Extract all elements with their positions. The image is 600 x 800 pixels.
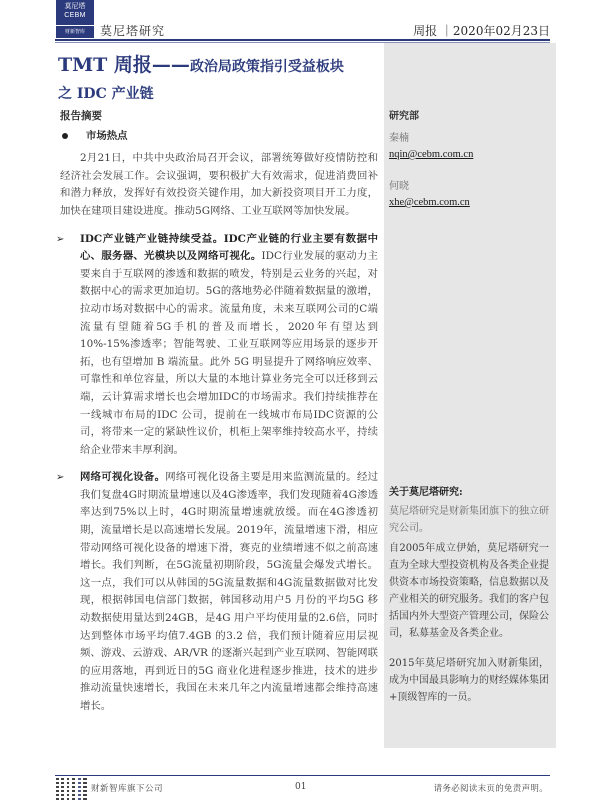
footer-company-text: 财新智库旗下公司 <box>91 782 163 794</box>
analyst-email-link[interactable]: nqin@cebm.com.cn <box>389 146 549 163</box>
footer-disclaimer: 请务必阅读末页的免责声明。 <box>434 782 548 794</box>
report-type-date: 周报 ｜2020年02月23日 <box>413 22 550 39</box>
sidebar-department: 研究部 <box>389 108 549 125</box>
brand-name: 莫尼塔研究 <box>100 22 165 39</box>
list-item-lead: 网络可视化设备。 <box>80 471 165 483</box>
list-item-body: 网络可视化设备主要是用来监测流量的。经过我们复盘4G时期流量增速以及4G渗透率，… <box>80 471 378 712</box>
intro-paragraph: 2月21日，中共中央政治局召开会议，部署统筹做好疫情防控和经济社会发展工作。会议… <box>60 150 378 220</box>
main-content: 报告摘要 市场热点 2月21日，中共中央政治局召开会议，部署统筹做好疫情防控和经… <box>60 108 378 726</box>
report-title-line2: 之 IDC 产业链 <box>58 83 154 103</box>
arrow-bullet-icon: ➢ <box>56 231 64 249</box>
about-paragraph: 自2005年成立伊始，莫尼塔研究一直为全球大型投资机构及各类企业提供资本市场投资… <box>389 540 549 642</box>
about-heading: 关于莫尼塔研究: <box>389 484 549 501</box>
page-number: 01 <box>295 782 306 792</box>
logo-mark: 莫尼塔 CEBM <box>56 0 94 25</box>
about-paragraph: 2015年莫尼塔研究加入财新集团，成为中国最具影响力的财经媒体集团+顶级智库的一… <box>389 655 549 706</box>
list-item-network-visibility: ➢ 网络可视化设备。网络可视化设备主要是用来监测流量的。经过我们复盘4G时期流量… <box>60 469 378 715</box>
list-item-body: IDC行业发展的驱动力主要来自于互联网的渗透和数据的喷发，特别是云业务的兴起，对… <box>80 250 378 456</box>
section-heading: 市场热点 <box>60 128 378 146</box>
section-heading-text: 市场热点 <box>86 128 128 146</box>
analyst-email-link[interactable]: xhe@cebm.com.cn <box>389 194 549 211</box>
company-logo: 莫尼塔 CEBM 财新智库 <box>56 0 94 38</box>
logo-caixin-text: 财新智库 <box>56 26 94 38</box>
logo-cn-text: 莫尼塔 <box>56 2 94 11</box>
bullet-icon <box>62 133 68 139</box>
list-item-idc: ➢ IDC产业链产业链持续受益。IDC产业链的行业主要有数据中心、服务器、光模块… <box>60 231 378 460</box>
header-divider <box>55 39 550 41</box>
report-title-main: TMT 周报—— <box>58 54 190 76</box>
report-title: TMT 周报——政治局政策指引受益板块 <box>58 50 344 77</box>
analyst-name: 秦楠 <box>389 130 549 147</box>
footer-divider <box>55 775 550 776</box>
analyst-name: 何晓 <box>389 178 549 195</box>
summary-heading: 报告摘要 <box>60 108 378 126</box>
qr-code-icon <box>56 777 87 800</box>
logo-en-text: CEBM <box>56 11 94 20</box>
about-paragraph: 莫尼塔研究是财新集团旗下的独立研究公司。 <box>389 503 549 537</box>
arrow-bullet-icon: ➢ <box>56 469 64 487</box>
report-title-sub: 政治局政策指引受益板块 <box>190 59 344 75</box>
